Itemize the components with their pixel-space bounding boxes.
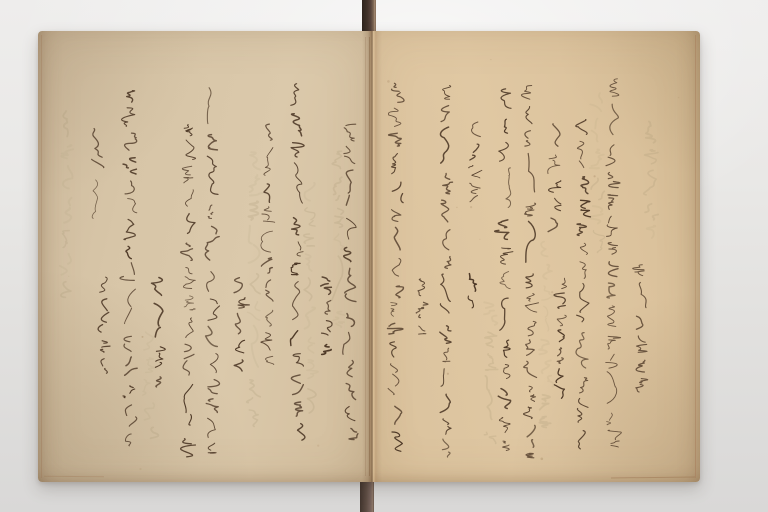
left-page (38, 31, 370, 482)
right-page (370, 31, 700, 482)
left-page-sheet-edge (44, 476, 104, 478)
right-page-sheet-edge (611, 477, 695, 479)
left-page-edge (41, 35, 42, 478)
photograph-of-open-manuscript (0, 0, 768, 512)
gutter-fold-line (369, 37, 370, 476)
open-manuscript-book (38, 31, 700, 482)
right-page-edge (695, 35, 696, 478)
center-gutter-crease (362, 31, 382, 482)
gutter-fold-line-2 (365, 37, 366, 476)
